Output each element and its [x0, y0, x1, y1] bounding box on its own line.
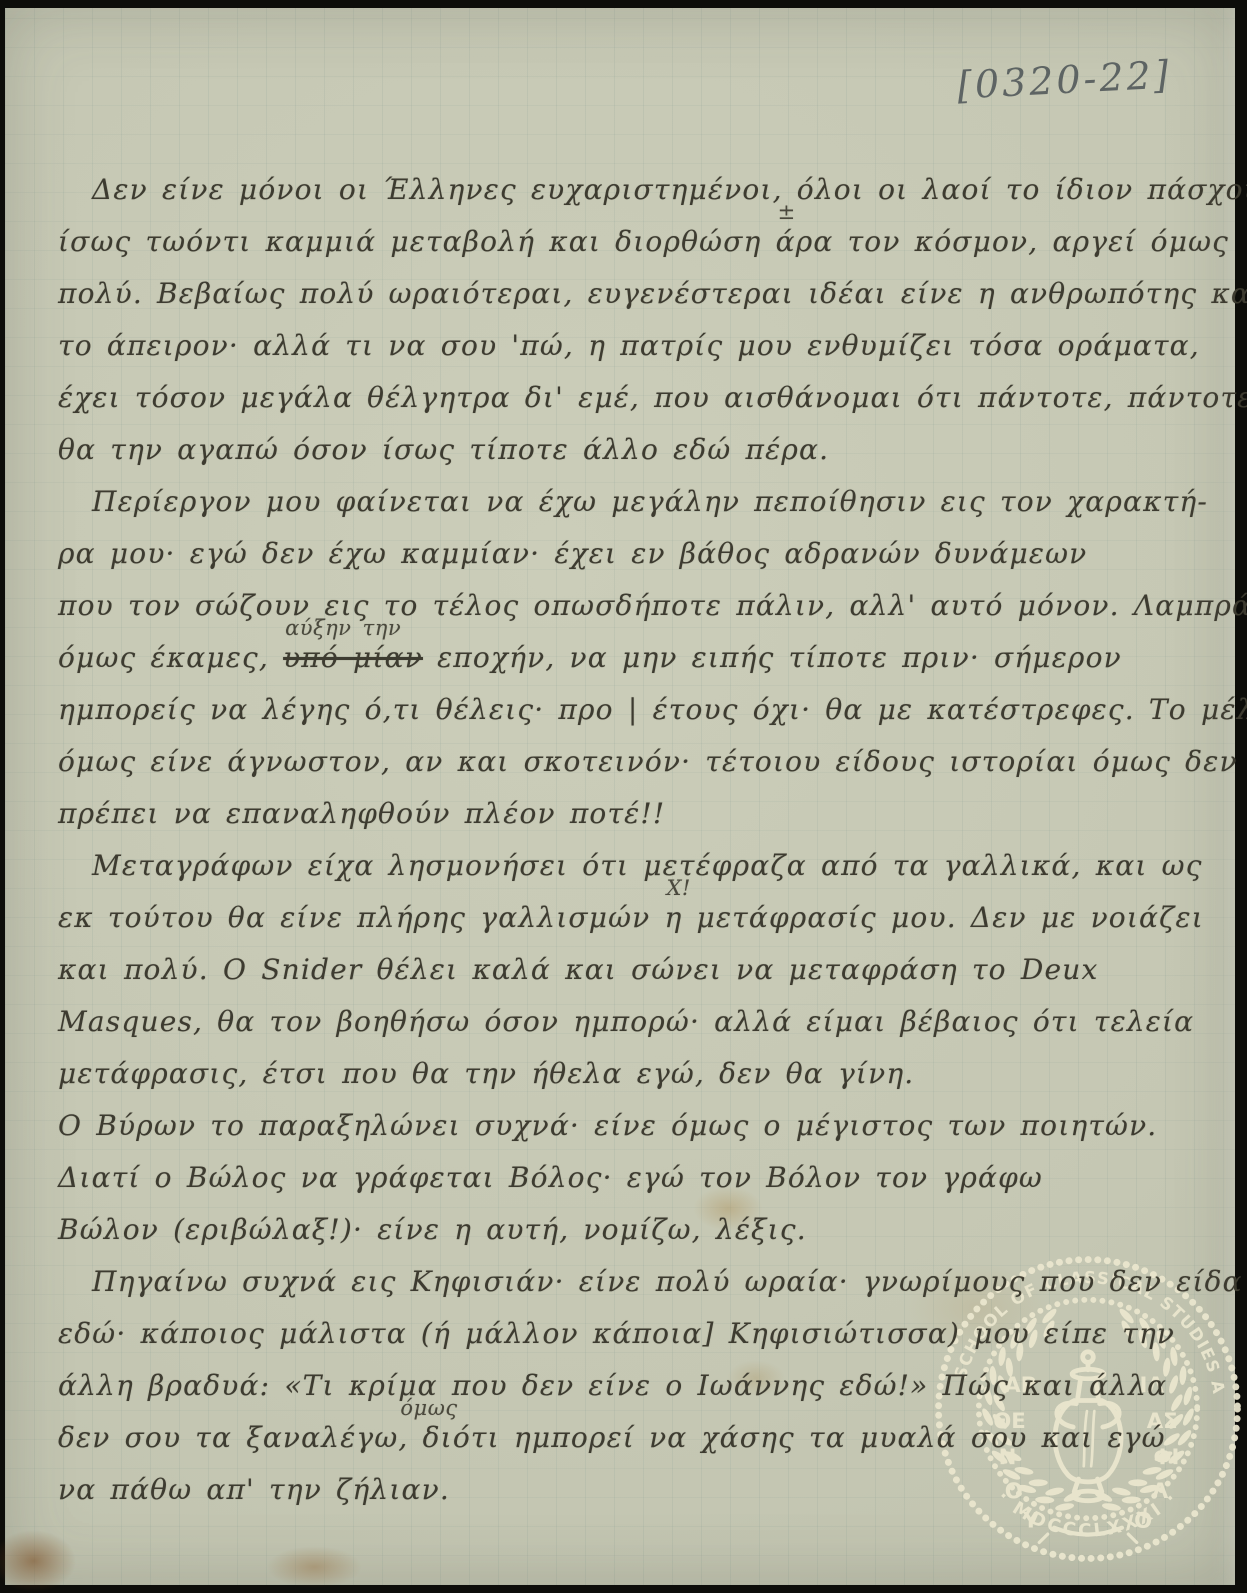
paper-stain — [267, 1546, 362, 1588]
handwriting-segment: άλλη βραδυά: «Τι κρίμα που δεν είνε ο Ιω… — [58, 1369, 1167, 1402]
interline-insertion: αύξην την — [285, 618, 401, 639]
handwriting-segment: και πολύ. Ο Snider θέλει καλά και σώνει … — [58, 953, 1098, 986]
handwriting-segment: Masques, θα τον βοηθήσω όσον ημπορώ· αλλ… — [58, 1005, 1194, 1038]
paper-stain — [0, 1530, 76, 1592]
handwriting-segment: εδώ· κάποιος μάλιστα (ή μάλλον κάποια] Κ… — [58, 1317, 1175, 1350]
handwriting-segment: Διατί ο Βώλος να γράφεται Βόλος· εγώ τον… — [58, 1161, 1043, 1194]
handwriting-segment: Δεν είνε μόνοι οι Έλληνες ευχαριστημένοι… — [92, 173, 1247, 206]
inline-annotation-anchor: Χ!η μετάφρασίς μου. Δεν με νοιάζει — [664, 901, 1203, 934]
handwriting-segment: όμως έκαμες, — [58, 641, 283, 674]
letter-line: Ο Βύρων το παραξηλώνει συχνά· είνε όμως … — [58, 1100, 1218, 1152]
letter-line: Βώλον (εριβώλαξ!)· είνε η αυτή, νομίζω, … — [58, 1204, 1218, 1256]
handwriting-segment: άρα τον κόσμον, αργεί όμως — [776, 225, 1229, 258]
inline-annotation-anchor: ±άρα τον κόσμον, αργεί όμως — [776, 225, 1229, 258]
letter-line: πολύ. Βεβαίως πολύ ωραιότεραι, ευγενέστε… — [58, 268, 1218, 320]
letter-line: Μεταγράφων είχα λησμονήσει ότι μετέφραζα… — [58, 840, 1218, 892]
letter-line: Περίεργον μου φαίνεται να έχω μεγάλην πε… — [58, 476, 1218, 528]
archive-code-note: [0320-22] — [956, 52, 1173, 107]
handwriting-segment: έχει τόσον μεγάλα θέλγητρα δι' εμέ, που … — [58, 381, 1247, 414]
handwriting-segment: Ο Βύρων το παραξηλώνει συχνά· είνε όμως … — [58, 1109, 1157, 1142]
handwriting-segment: , διότι ημπορεί να χάσης τα μυαλά σου κα… — [398, 1421, 1165, 1454]
inline-annotation-anchor: αύξην τηνυπό μίαν — [283, 641, 423, 674]
letter-line: εδώ· κάποιος μάλιστα (ή μάλλον κάποια] Κ… — [58, 1308, 1218, 1360]
handwriting-segment: ρα μου· εγώ δεν έχω καμμίαν· έχει εν βάθ… — [58, 537, 1087, 570]
letter-line: που τον σώζουν εις το τέλος οπωσδήποτε π… — [58, 580, 1218, 632]
handwriting-segment: πρέπει να επαναληφθούν πλέον ποτέ!! — [58, 797, 665, 830]
handwriting-segment: μετάφρασις, έτσι που θα την ήθελα εγώ, δ… — [58, 1057, 914, 1090]
letter-line: εκ τούτου θα είνε πλήρης γαλλισμών Χ!η μ… — [58, 892, 1218, 944]
handwriting-segment: Μεταγράφων είχα λησμονήσει ότι μετέφραζα… — [92, 849, 1203, 882]
letter-line: να πάθω απ' την ζήλιαν. — [58, 1464, 1218, 1516]
letter-text: Δεν είνε μόνοι οι Έλληνες ευχαριστημένοι… — [58, 164, 1218, 1516]
handwriting-segment: εκ τούτου θα είνε πλήρης γαλλισμών — [58, 901, 664, 934]
letter-line: Πηγαίνω συχνά εις Κηφισιάν· είνε πολύ ωρ… — [58, 1256, 1218, 1308]
letter-line: ρα μου· εγώ δεν έχω καμμίαν· έχει εν βάθ… — [58, 528, 1218, 580]
handwriting-segment: ημπορείς να λέγης ό,τι θέλεις· προ | έτο… — [58, 693, 1247, 726]
interline-insertion: Χ! — [666, 878, 690, 899]
interline-insertion: ± — [778, 202, 796, 223]
letter-line: όμως έκαμες, αύξην τηνυπό μίαν εποχήν, ν… — [58, 632, 1218, 684]
letter-line: όμως είνε άγνωστον, αν και σκοτεινόν· τέ… — [58, 736, 1218, 788]
scanned-letter-page: { "document": { "kind": "handwritten let… — [0, 0, 1247, 1593]
handwriting-segment: ίσως τωόντι καμμιά μεταβολή και διορθώση — [58, 225, 776, 258]
letter-line: Δεν είνε μόνοι οι Έλληνες ευχαριστημένοι… — [58, 164, 1218, 216]
letter-line: μετάφρασις, έτσι που θα την ήθελα εγώ, δ… — [58, 1048, 1218, 1100]
letter-line: δεν σου τα ξαναλέγωόμως, διότι ημπορεί ν… — [58, 1412, 1218, 1464]
letter-line: το άπειρον· αλλά τι να σου 'πώ, η πατρίς… — [58, 320, 1218, 372]
letter-line: άλλη βραδυά: «Τι κρίμα που δεν είνε ο Ιω… — [58, 1360, 1218, 1412]
struck-out-words: υπό μίαν — [283, 641, 423, 674]
handwriting-segment: η μετάφρασίς μου. Δεν με νοιάζει — [664, 901, 1203, 934]
letter-line: Masques, θα τον βοηθήσω όσον ημπορώ· αλλ… — [58, 996, 1218, 1048]
handwriting-segment: να πάθω απ' την ζήλιαν. — [58, 1473, 450, 1506]
handwriting-segment: Βώλον (εριβώλαξ!)· είνε η αυτή, νομίζω, … — [58, 1213, 807, 1246]
handwriting-segment: Πηγαίνω συχνά εις Κηφισιάν· είνε πολύ ωρ… — [92, 1265, 1243, 1298]
letter-paper: AMERICAN SCHOOL OF CLASSICAL STUDIES AT … — [5, 8, 1235, 1585]
interline-insertion: όμως — [400, 1398, 457, 1419]
letter-line: έχει τόσον μεγάλα θέλγητρα δι' εμέ, που … — [58, 372, 1218, 424]
letter-line: ίσως τωόντι καμμιά μεταβολή και διορθώση… — [58, 216, 1218, 268]
handwriting-segment: όμως είνε άγνωστον, αν και σκοτεινόν· τέ… — [58, 745, 1238, 778]
handwriting-segment: δεν σου τα ξαναλέγω — [58, 1421, 398, 1454]
handwriting-segment: εποχήν, να μην ειπής τίποτε πριν· σήμερο… — [423, 641, 1122, 674]
letter-line: και πολύ. Ο Snider θέλει καλά και σώνει … — [58, 944, 1218, 996]
handwriting-segment: το άπειρον· αλλά τι να σου 'πώ, η πατρίς… — [58, 329, 1200, 362]
handwriting-segment: που τον σώζουν εις το τέλος οπωσδήποτε π… — [58, 589, 1247, 622]
handwriting-segment: Περίεργον μου φαίνεται να έχω μεγάλην πε… — [92, 485, 1208, 518]
inline-annotation-anchor: όμως, διότι ημπορεί να χάσης τα μυαλά σο… — [398, 1421, 1165, 1454]
letter-line: πρέπει να επαναληφθούν πλέον ποτέ!! — [58, 788, 1218, 840]
letter-line: Διατί ο Βώλος να γράφεται Βόλος· εγώ τον… — [58, 1152, 1218, 1204]
letter-line: ημπορείς να λέγης ό,τι θέλεις· προ | έτο… — [58, 684, 1218, 736]
handwriting-segment: πολύ. Βεβαίως πολύ ωραιότεραι, ευγενέστε… — [58, 277, 1247, 310]
letter-line: θα την αγαπώ όσον ίσως τίποτε άλλο εδώ π… — [58, 424, 1218, 476]
handwriting-segment: θα την αγαπώ όσον ίσως τίποτε άλλο εδώ π… — [58, 433, 829, 466]
archive-code: [0320-22] — [956, 52, 1173, 107]
